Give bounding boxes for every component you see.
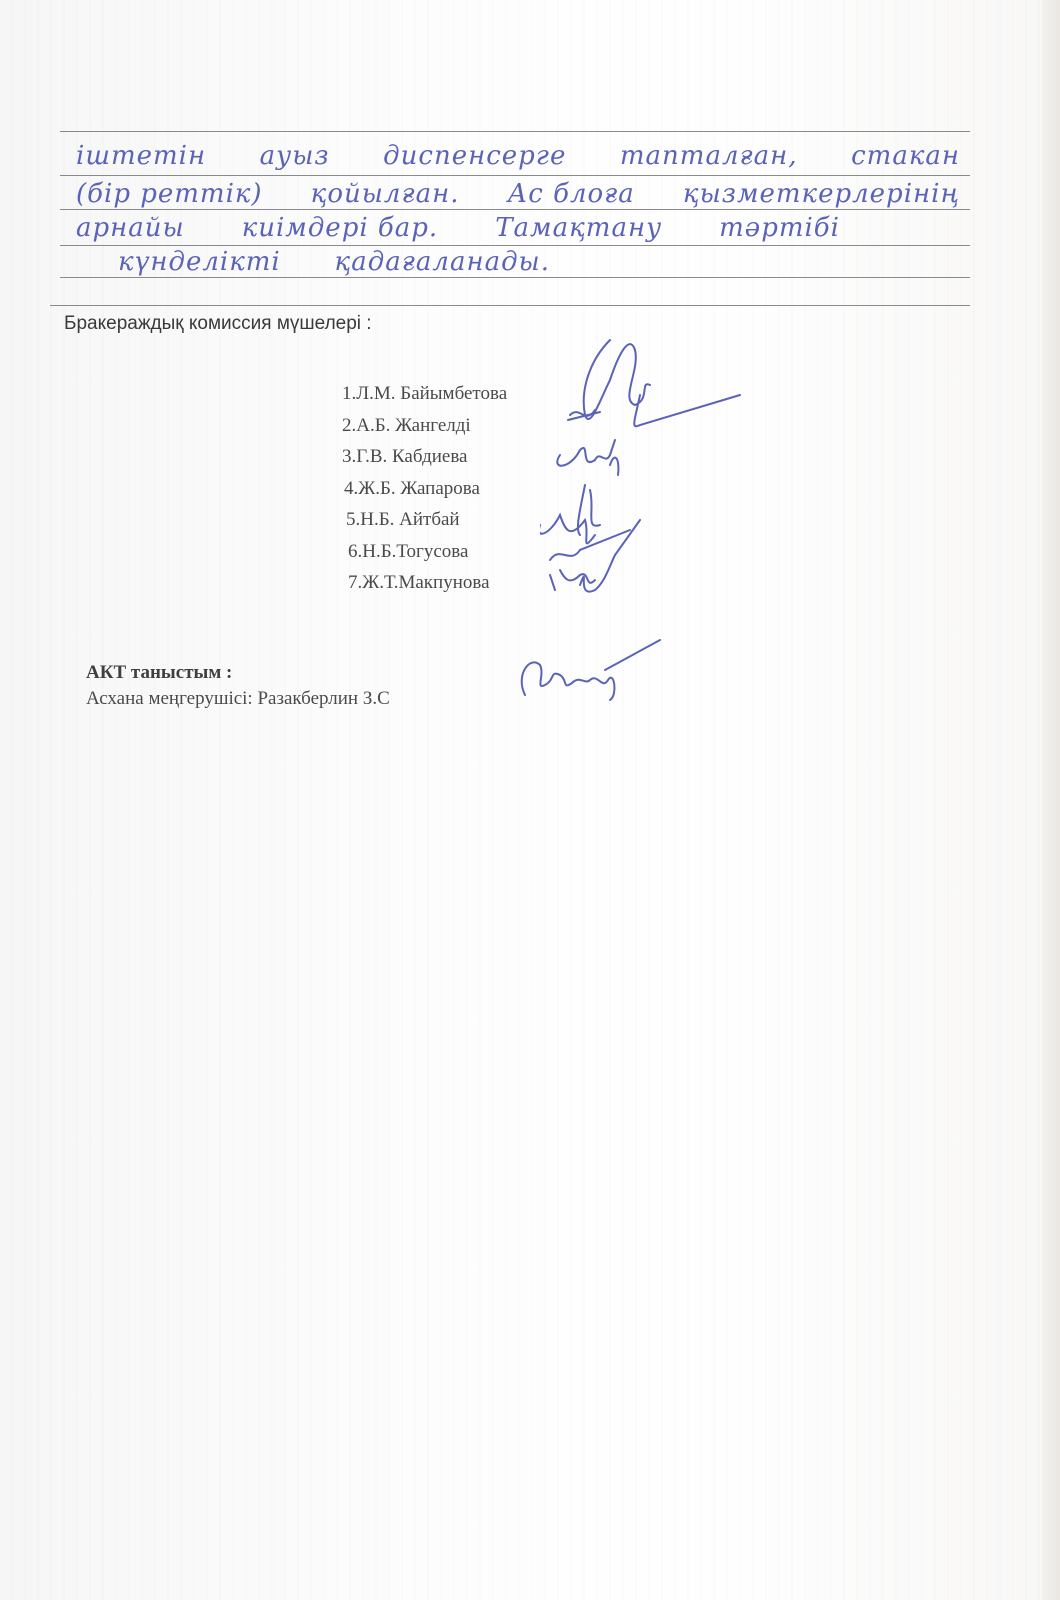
member-item: 3.Г.В. Кабдиева	[342, 441, 507, 473]
hw-word: тапталған,	[620, 141, 798, 171]
hw-word: арнайы	[76, 213, 185, 243]
signature-scribbles	[540, 320, 760, 620]
ruled-line	[60, 131, 970, 132]
member-item: 4.Ж.Б. Жапарова	[342, 473, 507, 505]
acknowledgement-line: Асхана меңгерушісі: Разакберлин З.С	[86, 688, 390, 710]
hw-word: қадағаланады.	[335, 247, 550, 277]
handwritten-line-4: күнделікті қадағаланады.	[118, 247, 550, 277]
hw-word: Тамақтану	[495, 213, 662, 243]
hw-word: Ас блоға	[508, 179, 635, 209]
manager-signature	[510, 635, 670, 710]
hw-word: стакан	[851, 141, 960, 171]
handwritten-line-1: іштетін ауыз диспенсерге тапталған, стак…	[76, 141, 960, 171]
handwritten-line-2: (бір реттік) қойылған. Ас блоға қызметке…	[76, 179, 960, 209]
commission-label: Бракераждық комиссия мүшелері :	[64, 313, 372, 335]
ruled-line	[50, 305, 970, 306]
member-item: 2.А.Б. Жангелді	[342, 410, 507, 442]
ruled-line	[60, 245, 970, 246]
handwritten-line-3: арнайы киімдері бар. Тамақтану тәртібі	[76, 213, 840, 243]
hw-word: диспенсерге	[383, 141, 566, 171]
acknowledgement-title: АКТ таныстым :	[86, 662, 232, 684]
hw-word: тәртібі	[719, 213, 840, 243]
hw-word: қызметкерлерінің	[683, 179, 960, 209]
member-item: 7.Ж.Т.Макпунова	[342, 567, 507, 599]
hw-word: киімдері бар.	[242, 213, 439, 243]
hw-word: ауыз	[260, 141, 330, 171]
member-item: 5.Н.Б. Айтбай	[342, 504, 507, 536]
ruled-line	[60, 277, 970, 278]
ruled-line	[60, 209, 970, 210]
member-list: 1.Л.М. Байымбетова 2.А.Б. Жангелді 3.Г.В…	[342, 378, 507, 599]
ruled-line	[60, 175, 970, 176]
hw-word: күнделікті	[118, 247, 281, 277]
paper-edge	[1042, 0, 1060, 1600]
member-item: 1.Л.М. Байымбетова	[342, 378, 507, 410]
hw-word: қойылған.	[311, 179, 460, 209]
hw-word: іштетін	[76, 141, 206, 171]
member-item: 6.Н.Б.Тогусова	[342, 536, 507, 568]
handwritten-notes: іштетін ауыз диспенсерге тапталған, стак…	[40, 125, 970, 315]
hw-word: (бір реттік)	[76, 179, 263, 209]
